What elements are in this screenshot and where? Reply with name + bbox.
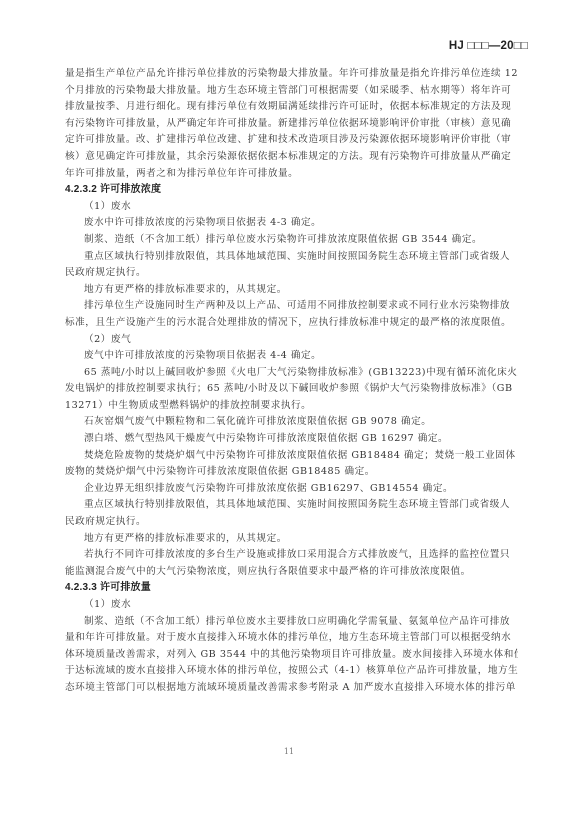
paragraph-line: 年许可排放量，两者之和为排污单位年许可排放量。	[65, 166, 518, 183]
section-heading: 4.2.3.2 许可排放浓度	[65, 182, 518, 199]
paragraph-line: 重点区域执行特别排放限值，其具体地域范围、实施时间按照国务院生态环境主管部门或省…	[65, 249, 518, 266]
paragraph-line: 量是指生产单位产品允许排污单位排放的污染物最大排放量。年许可排放量是指允许排污单…	[65, 66, 518, 83]
paragraph-line: 能监测混合废气中的大气污染物浓度，则应执行各限值要求中最严格的许可排放浓度限值。	[65, 564, 518, 581]
paragraph-line: 地方有更严格的排放标准要求的，从其规定。	[65, 282, 518, 299]
paragraph-line: 焚烧危险废物的焚烧炉烟气中污染物许可排放浓度限值依据 GB18484 确定；焚烧…	[65, 448, 518, 465]
paragraph-line: 制浆、造纸（不含加工纸）排污单位废水主要排放口应明确化学需氧量、氨氮单位产品许可…	[65, 614, 518, 631]
paragraph-line: 地方有更严格的排放标准要求的，从其规定。	[65, 531, 518, 548]
paragraph-line: 13271）中生物质成型燃料锅炉的排放控制要求执行。	[65, 398, 518, 415]
document-body: 量是指生产单位产品允许排污单位排放的污染物最大排放量。年许可排放量是指允许排污单…	[65, 66, 518, 697]
paragraph-line: 企业边界无组织排放废气污染物许可排放浓度依据 GB16297、GB14554 确…	[65, 481, 518, 498]
paragraph-line: 排污单位生产设施同时生产两种及以上产品、可适用不同排放控制要求或不同行业水污染物…	[65, 298, 518, 315]
paragraph-line: 排放量按季、月进行细化。现有排污单位有效期届满延续排污许可证时，依据本标准规定的…	[65, 99, 518, 116]
paragraph-line: 制浆、造纸（不含加工纸）排污单位废水污染物许可排放浓度限值依据 GB 3544 …	[65, 232, 518, 249]
paragraph-line: 民政府规定执行。	[65, 514, 518, 531]
document-code-header: HJ □□□—20□□	[449, 40, 528, 52]
paragraph-line: 有污染物许可排放量，从严确定年许可排放量。新建排污单位依据环境影响评价审批（审核…	[65, 116, 518, 133]
paragraph-line: 废物的焚烧炉烟气中污染物许可排放浓度限值依据 GB18485 确定。	[65, 464, 518, 481]
paragraph-line: 废水中许可排放浓度的污染物项目依据表 4-3 确定。	[65, 215, 518, 232]
paragraph-line: 若执行不同许可排放浓度的多台生产设施或排放口采用混合方式排放废气，且选择的监控位…	[65, 547, 518, 564]
paragraph-line: 量和年许可排放量。对于废水直接排入环境水体的排污单位，地方生态环境主管部门可以根…	[65, 630, 518, 647]
paragraph-line: 于达标流域的废水直接排入环境水体的排污单位，按照公式（4-1）核算单位产品许可排…	[65, 663, 518, 680]
paragraph-line: 定许可排放量。改、扩建排污单位改建、扩建和技术改造项目涉及污染源依据环境影响评价…	[65, 132, 518, 149]
paragraph-line: 核）意见确定许可排放量，其余污染源依据依据本标准规定的方法。现有污染物许可排放量…	[65, 149, 518, 166]
paragraph-line: 重点区域执行特别排放限值，其具体地域范围、实施时间按照国务院生态环境主管部门或省…	[65, 497, 518, 514]
paragraph-line: 漂白塔、燃气型热风干燥废气中污染物许可排放浓度限值依据 GB 16297 确定。	[65, 431, 518, 448]
paragraph-line: 65 蒸吨/小时以上碱回收炉参照《火电厂大气污染物排放标准》(GB13223)中…	[65, 365, 518, 382]
paragraph-line: 态环境主管部门可以根据地方流域环境质量改善需求参考附录 A 加严废水直接排入环境…	[65, 680, 518, 697]
paragraph-line: 个月排放的污染物最大排放量。地方生态环境主管部门可根据需要（如采暖季、枯水期等）…	[65, 83, 518, 100]
paragraph-line: 石灰窑烟气废气中颗粒物和二氧化硫许可排放浓度限值依据 GB 9078 确定。	[65, 414, 518, 431]
page-number: 11	[0, 747, 578, 756]
paragraph-line: 标准，且生产设施产生的污水混合处理排放的情况下，应执行排放标准中规定的最严格的浓…	[65, 315, 518, 332]
paragraph-line: 体环境质量改善需求，对列入 GB 3544 中的其他污染物项目许可排放量。废水间…	[65, 647, 518, 664]
paragraph-line: 废气中许可排放浓度的污染物项目依据表 4-4 确定。	[65, 348, 518, 365]
paragraph-line: 民政府规定执行。	[65, 265, 518, 282]
paragraph-line: （2）废气	[65, 332, 518, 349]
paragraph-line: 发电锅炉的排放控制要求执行；65 蒸吨/小时及以下碱回收炉参照《锅炉大气污染物排…	[65, 381, 518, 398]
paragraph-line: （1）废水	[65, 199, 518, 216]
paragraph-line: （1）废水	[65, 597, 518, 614]
section-heading: 4.2.3.3 许可排放量	[65, 580, 518, 597]
